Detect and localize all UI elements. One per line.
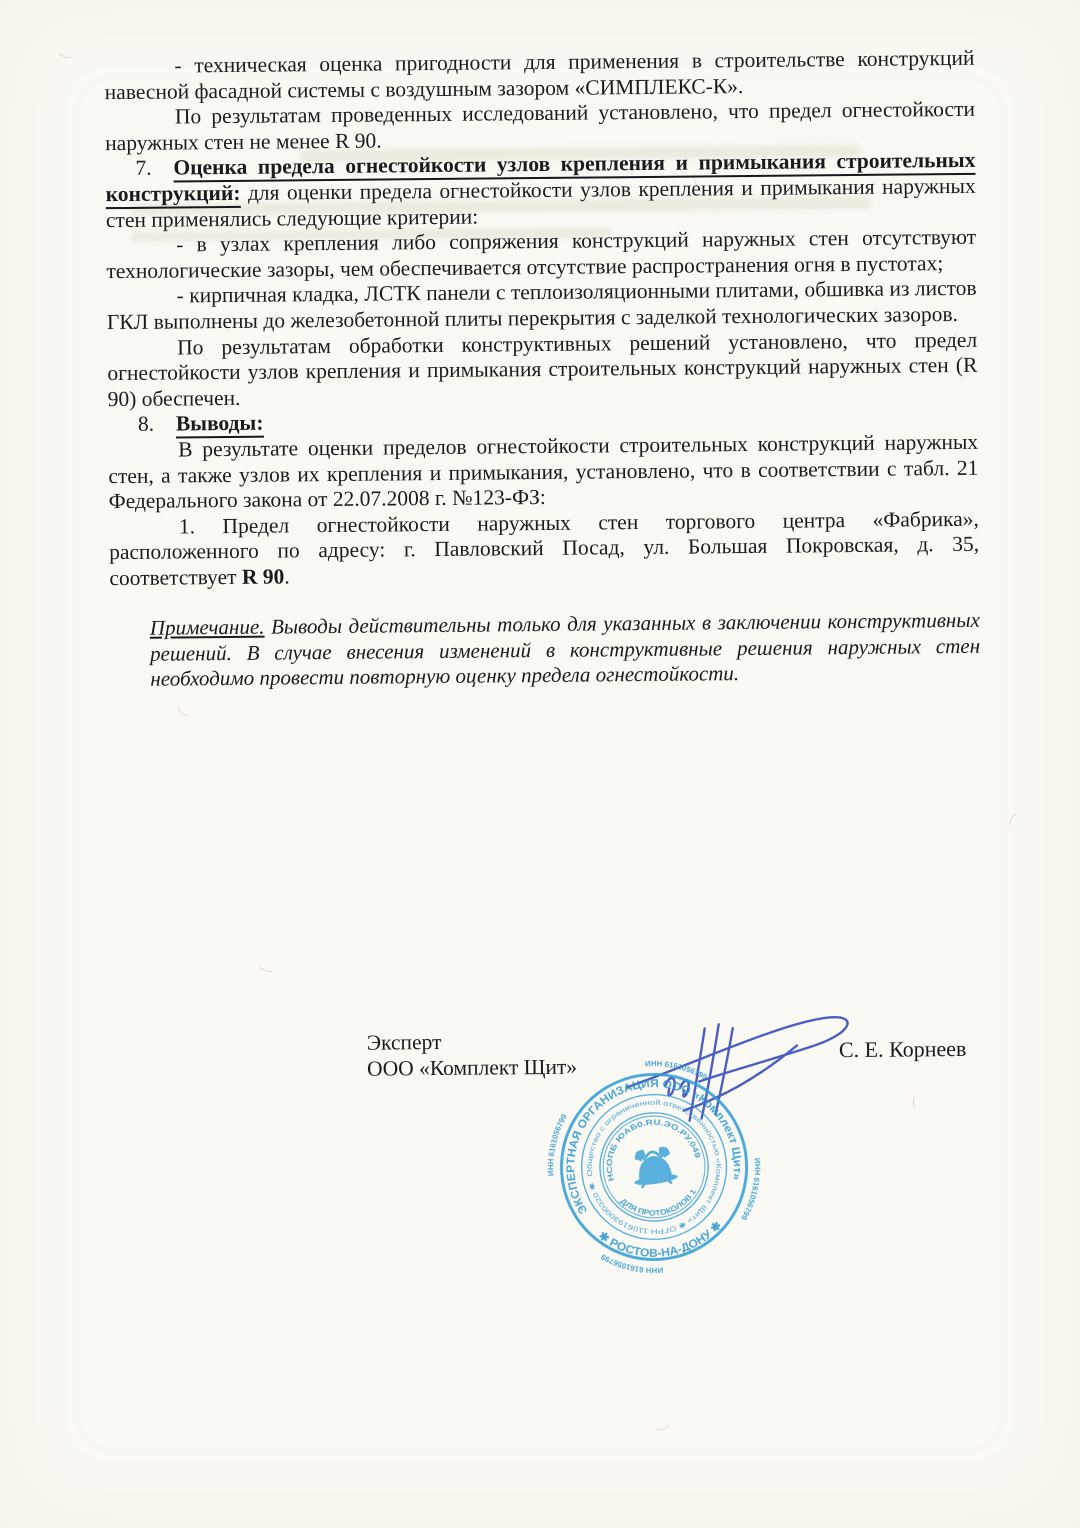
conclusion-number: 1. — [179, 514, 195, 538]
criterion-masonry: - кирпичная кладка, ЛСТК панели с теплои… — [107, 276, 977, 336]
fire-service-emblem — [629, 1142, 679, 1193]
conclusion-text: Предел огнестойкости наружных стен торго… — [109, 506, 979, 590]
paragraph-test-results: По результатам проведенных исследований … — [105, 97, 975, 157]
paper-fiber — [1007, 810, 1025, 831]
section-7: 7.Оценка предела огнестойкости узлов кре… — [105, 148, 976, 233]
paper-fiber — [56, 44, 77, 60]
company-seal-stamp: ИНН 6161056799 ИНН 6161056799 ИНН 616105… — [529, 1042, 779, 1292]
paragraph-text: - техническая оценка пригодности для при… — [105, 46, 975, 104]
section-number: 8. — [138, 412, 176, 438]
signer-role: Эксперт — [367, 1028, 577, 1056]
page-content: - техническая оценка пригодности для при… — [0, 0, 1080, 1528]
note-text: Выводы действительны только для указанны… — [150, 608, 980, 691]
document-body: - техническая оценка пригодности для при… — [104, 46, 980, 693]
conclusion-1: 1. Предел огнестойкости наружных стен то… — [109, 506, 980, 591]
fire-rating-value: R 90 — [242, 564, 285, 588]
paragraph-text: - в узлах крепления либо сопряжения конс… — [106, 225, 976, 283]
note-block: Примечание. Выводы действительны только … — [150, 608, 981, 692]
section-number: 7. — [135, 156, 173, 182]
paragraph-text: - кирпичная кладка, ЛСТК панели с теплои… — [107, 276, 977, 334]
paragraph-conclusions-intro: В результате оценки пределов огнестойкос… — [108, 430, 979, 515]
paragraph-processing-results: По результатам обработки конструктивных … — [107, 327, 978, 412]
note-label: Примечание. — [150, 615, 265, 640]
criterion-joints: - в узлах крепления либо сопряжения конс… — [106, 225, 976, 285]
stamp-ring1-top-text: ЭКСПЕРТНАЯ ОРГАНИЗАЦИЯ ООО «Комплект Щит… — [553, 1066, 747, 1217]
paragraph-text: По результатам проведенных исследований … — [105, 97, 975, 155]
paper-fiber — [651, 1417, 671, 1432]
conclusion-text-end: . — [284, 564, 290, 588]
scanned-document-page: - техническая оценка пригодности для при… — [0, 0, 1080, 1528]
paper-fiber — [174, 699, 195, 719]
paragraph-text: По результатам обработки конструктивных … — [107, 327, 977, 411]
paper-fiber — [913, 1093, 924, 1111]
section-heading: Выводы: — [176, 411, 264, 439]
svg-text:ЭКСПЕРТНАЯ ОРГАНИЗАЦИЯ ООО «Ко: ЭКСПЕРТНАЯ ОРГАНИЗАЦИЯ ООО «Комплект Щит… — [553, 1066, 747, 1217]
paragraph-text: В результате оценки пределов огнестойкос… — [108, 430, 978, 514]
paper-fiber — [257, 958, 278, 974]
paragraph-technical-assessment: - техническая оценка пригодности для при… — [104, 46, 974, 106]
